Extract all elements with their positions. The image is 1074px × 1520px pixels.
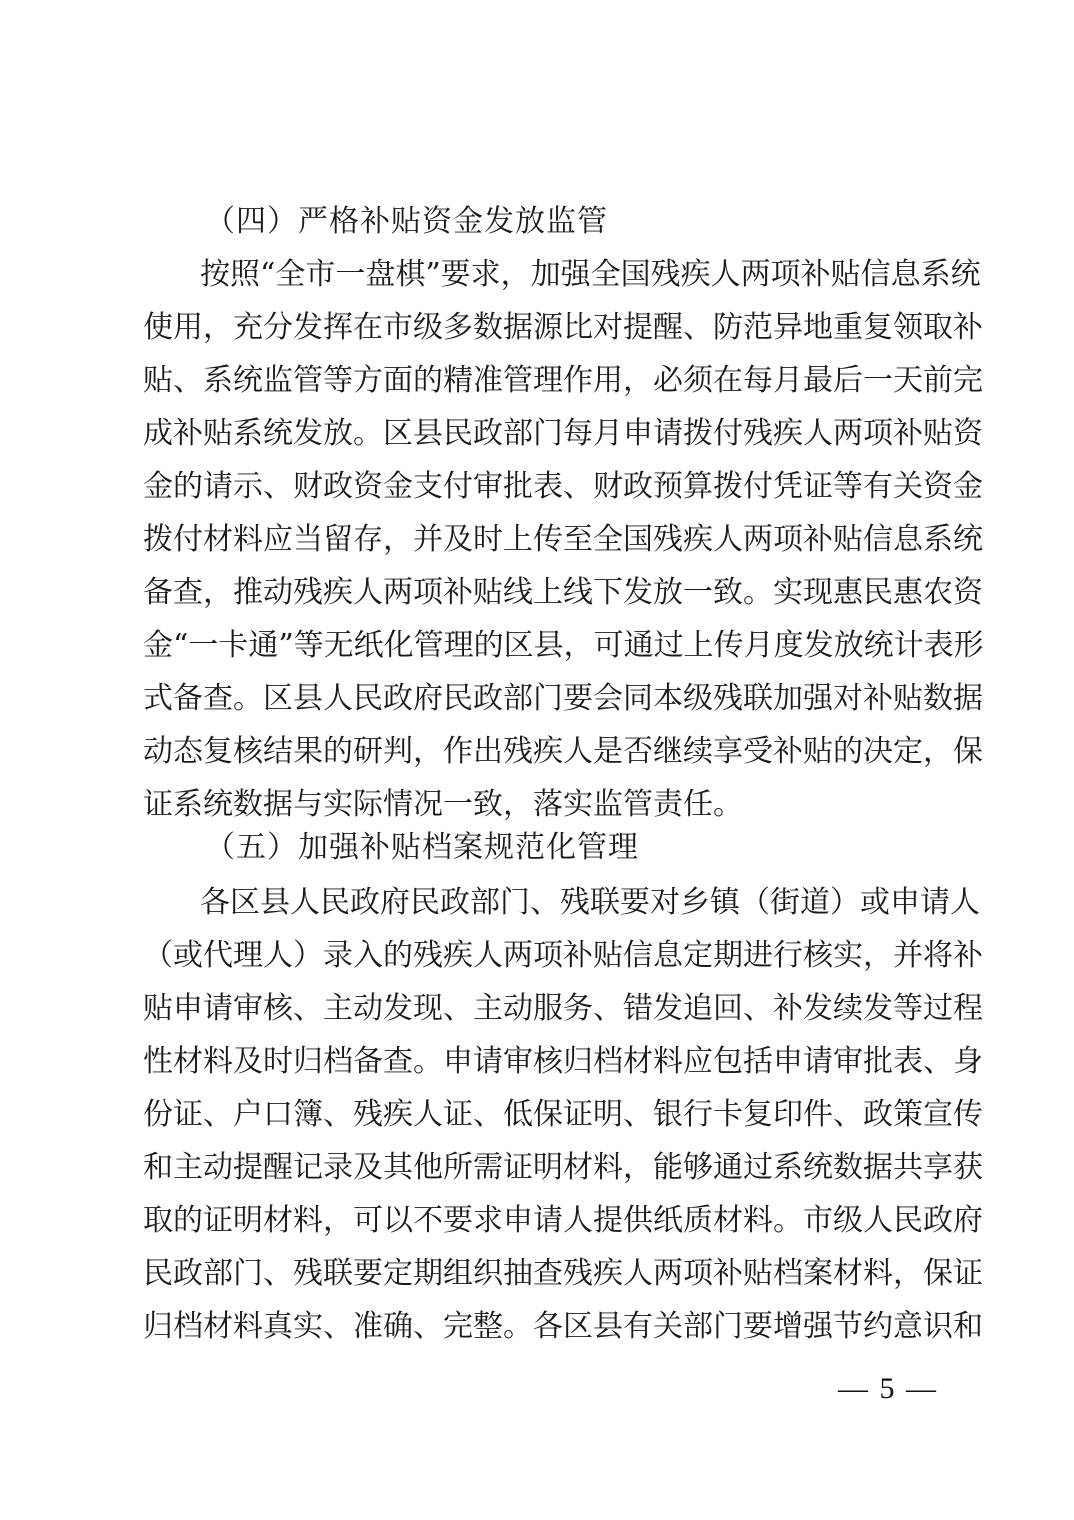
page-number: — 5 —: [838, 1372, 938, 1406]
document-page: （四）严格补贴资金发放监管 按照“全市一盘棋”要求，加强全国残疾人两项补贴信息系…: [0, 0, 1074, 1520]
paragraph-line: 份证、户口簿、残疾人证、低保证明、银行卡复印件、政策宣传: [143, 1088, 943, 1141]
paragraph-line: 取的证明材料，可以不要求申请人提供纸质材料。市级人民政府: [143, 1194, 943, 1247]
paragraph-line: 金“一卡通”等无纸化管理的区县，可通过上传月度发放统计表形: [143, 619, 943, 672]
paragraph-line: 成补贴系统发放。区县民政部门每月申请拨付残疾人两项补贴资: [143, 407, 943, 460]
paragraph-line: 归档材料真实、准确、完整。各区县有关部门要增强节约意识和: [143, 1300, 943, 1353]
paragraph-line: 动态复核结果的研判，作出残疾人是否继续享受补贴的决定，保: [143, 725, 943, 778]
paragraph-line: （或代理人）录入的残疾人两项补贴信息定期进行核实，并将补: [143, 929, 943, 982]
paragraph-line: 式备查。区县人民政府民政部门要会同本级残联加强对补贴数据: [143, 672, 943, 725]
paragraph-line: 和主动提醒记录及其他所需证明材料，能够通过系统数据共享获: [143, 1141, 943, 1194]
paragraph-line: 民政部门、残联要定期组织抽查残疾人两项补贴档案材料，保证: [143, 1247, 943, 1300]
paragraph-line: 性材料及时归档备查。申请审核归档材料应包括申请审批表、身: [143, 1035, 943, 1088]
paragraph-line: 备查，推动残疾人两项补贴线上线下发放一致。实现惠民惠农资: [143, 566, 943, 619]
paragraph-line: 使用，充分发挥在市级多数据源比对提醒、防范异地重复领取补: [143, 301, 943, 354]
paragraph-line: 贴、系统监管等方面的精准管理作用，必须在每月最后一天前完: [143, 354, 943, 407]
paragraph-line: 按照“全市一盘棋”要求，加强全国残疾人两项补贴信息系统: [200, 248, 943, 301]
paragraph-line: 拨付材料应当留存，并及时上传至全国残疾人两项补贴信息系统: [143, 513, 943, 566]
paragraph-line: 金的请示、财政资金支付审批表、财政预算拨付凭证等有关资金: [143, 460, 943, 513]
section-heading-4: （四）严格补贴资金发放监管: [205, 195, 608, 248]
paragraph-line: 各区县人民政府民政部门、残联要对乡镇（街道）或申请人: [200, 876, 943, 929]
section-heading-5: （五）加强补贴档案规范化管理: [205, 821, 639, 874]
paragraph-line: 贴申请审核、主动发现、主动服务、错发追回、补发续发等过程: [143, 982, 943, 1035]
